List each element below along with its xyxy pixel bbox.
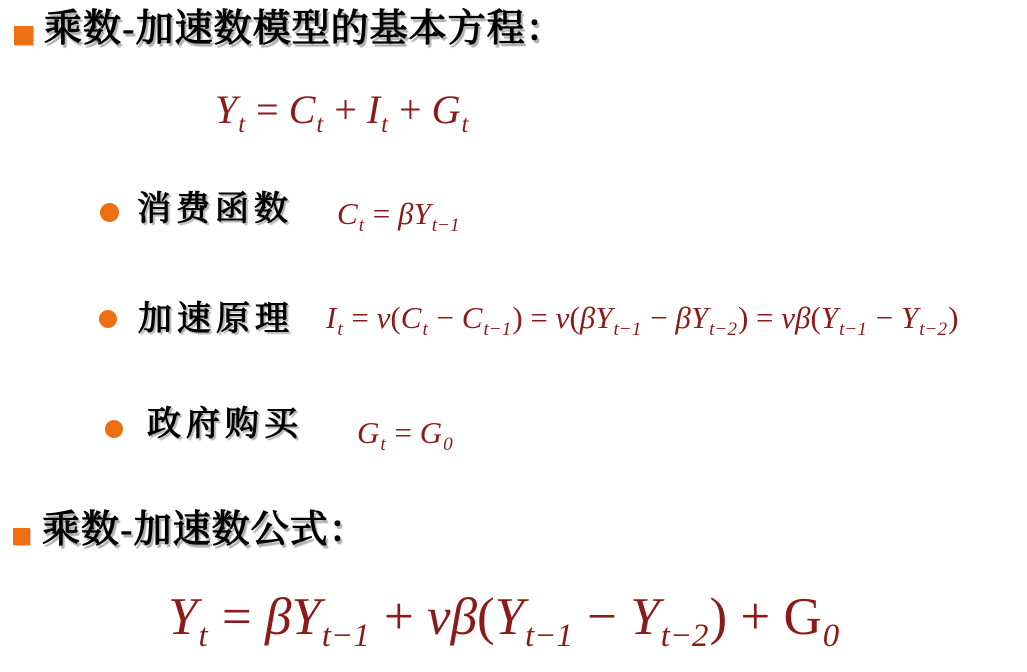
formula-government: Gt = G0 <box>357 416 454 450</box>
heading-basic-equations: 乘数-加速数模型的基本方程： <box>44 8 565 52</box>
formula-acceleration: It = v(Ct − Ct−1) = v(βYt−1 − βYt−2) = v… <box>326 301 958 335</box>
slide: 乘数-加速数模型的基本方程： Yt = Ct + It + Gt 消费函数 Ct… <box>0 0 1027 672</box>
label-acceleration-principle: 加速原理 <box>138 301 294 338</box>
heading-multiplier-accelerator-formula: 乘数-加速数公式： <box>42 509 368 553</box>
circle-bullet-icon <box>99 310 117 328</box>
square-bullet-icon <box>14 26 33 45</box>
formula-income-identity: Yt = Ct + It + Gt <box>215 88 469 132</box>
circle-bullet-icon <box>100 203 119 222</box>
label-consumption-function: 消费函数 <box>137 191 293 228</box>
circle-bullet-icon <box>105 420 123 438</box>
square-bullet-icon <box>13 528 30 545</box>
formula-multiplier-accelerator: Yt = βYt−1 + vβ(Yt−1 − Yt−2) + G0 <box>168 588 840 646</box>
label-government-purchases: 政府购买 <box>147 406 303 443</box>
formula-consumption: Ct = βYt−1 <box>337 197 461 231</box>
